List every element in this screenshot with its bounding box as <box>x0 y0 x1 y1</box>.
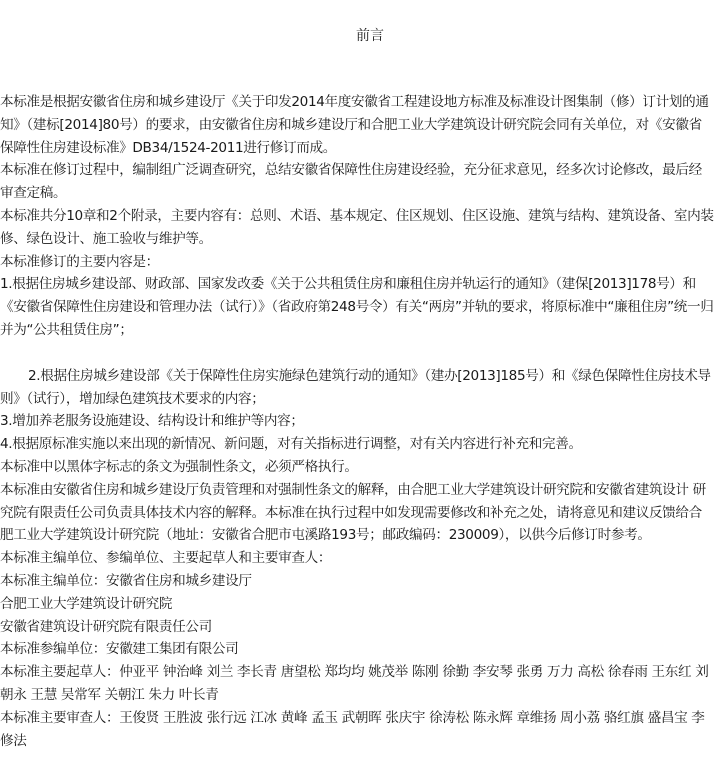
paragraph-chapters: 本标准共分10章和2个附录，主要内容有：总则、术语、基本规定、住区规划、住区设施… <box>0 205 714 251</box>
paragraph-change-4: 4.根据原标准实施以来出现的新情况、新问题，对有关指标进行调整，对有关内容进行补… <box>0 433 714 456</box>
blank-line <box>0 342 714 365</box>
paragraph-chief-editor-unit: 本标准主编单位：安徽省住房和城乡建设厅 <box>0 570 714 593</box>
paragraph-reviewers: 本标准主要审查人：王俊贤 王胜波 张行远 江冰 黄峰 孟玉 武朝晖 张庆宇 徐涛… <box>0 707 714 753</box>
paragraph-change-2: 2.根据住房城乡建设部《关于保障性住房实施绿色建筑行动的通知》（建办[2013]… <box>0 365 714 411</box>
paragraph-units-heading: 本标准主编单位、参编单位、主要起草人和主要审查人： <box>0 547 714 570</box>
paragraph-main-changes-heading: 本标准修订的主要内容是： <box>0 251 714 274</box>
document-body: 本标准是根据安徽省住房和城乡建设厅《关于印发2014年度安徽省工程建设地方标准及… <box>0 91 714 752</box>
paragraph-drafters: 本标准主要起草人：仲亚平 钟治峰 刘兰 李长青 唐望松 郑均均 姚茂举 陈刚 徐… <box>0 661 714 707</box>
document-title: 前言 <box>0 26 718 46</box>
paragraph-chief-editor-unit-3: 安徽省建筑设计研究院有限责任公司 <box>0 616 714 639</box>
paragraph-change-3: 3.增加养老服务设施建设、结构设计和维护等内容； <box>0 410 714 433</box>
paragraph-change-1: 1.根据住房城乡建设部、财政部、国家发改委《关于公共租赁住房和廉租住房并轨运行的… <box>0 273 714 341</box>
paragraph-interpretation: 本标准由安徽省住房和城乡建设厅负责管理和对强制性条文的解释，由合肥工业大学建筑设… <box>0 479 714 547</box>
paragraph-mandatory-clauses: 本标准中以黑体字标志的条文为强制性条文，必须严格执行。 <box>0 456 714 479</box>
paragraph-participating-unit: 本标准参编单位：安徽建工集团有限公司 <box>0 638 714 661</box>
paragraph-basis: 本标准是根据安徽省住房和城乡建设厅《关于印发2014年度安徽省工程建设地方标准及… <box>0 91 714 159</box>
paragraph-revision-process: 本标准在修订过程中，编制组广泛调查研究，总结安徽省保障性住房建设经验，充分征求意… <box>0 159 714 205</box>
paragraph-chief-editor-unit-2: 合肥工业大学建筑设计研究院 <box>0 593 714 616</box>
